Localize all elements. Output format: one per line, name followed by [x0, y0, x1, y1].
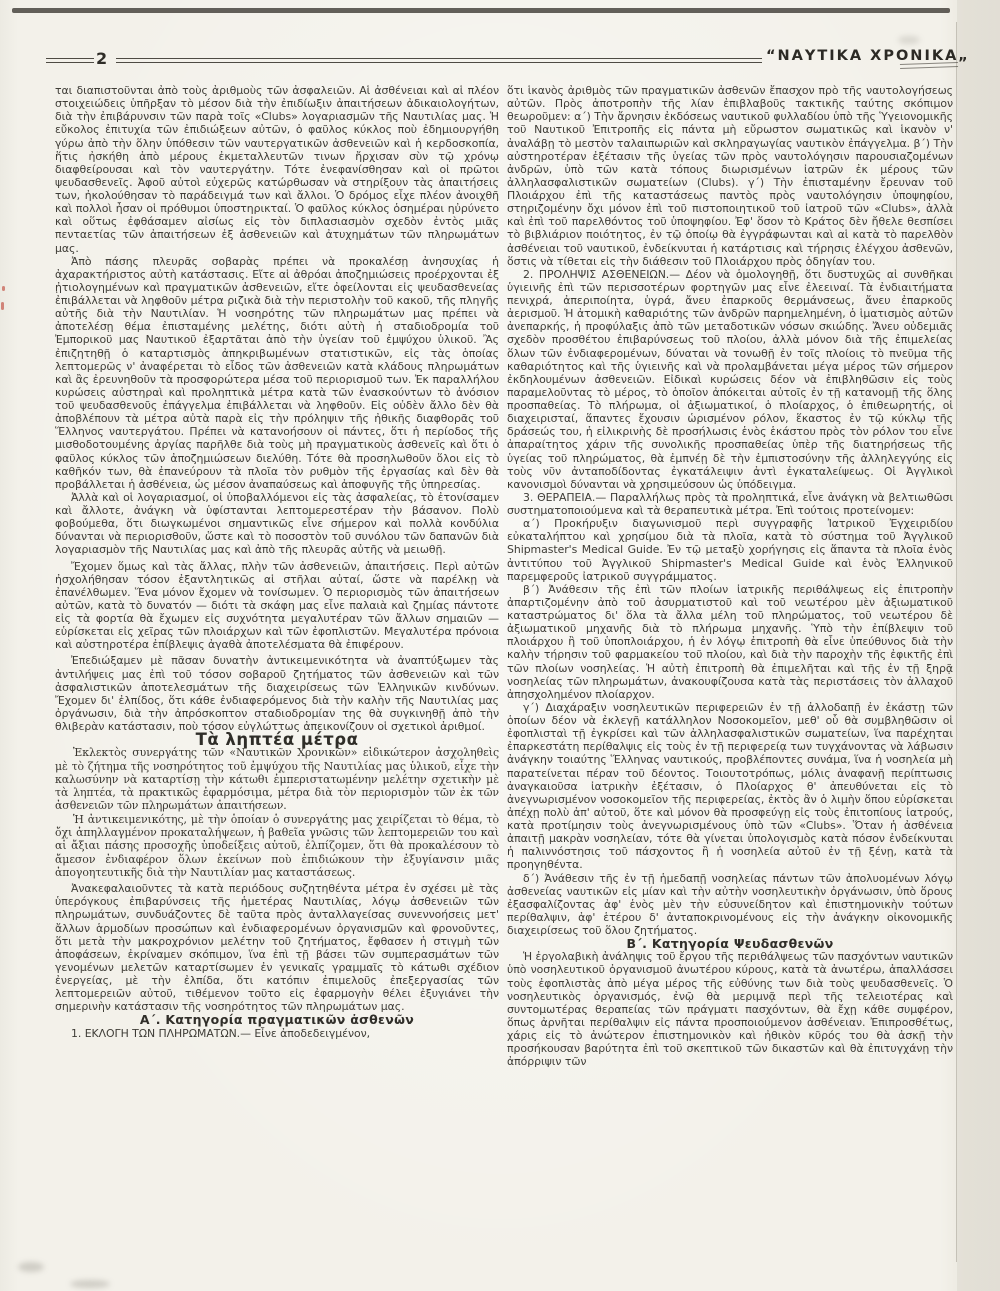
category-heading: Α΄. Κατηγορία πραγματικῶν ἀσθενῶν — [55, 1013, 499, 1026]
scan-speck — [1, 302, 4, 310]
paragraph: Ἀλλὰ καὶ οἱ λογαριασμοί, οἱ ὑποβαλλόμενο… — [55, 491, 499, 557]
section-heading: Τὰ ληπτέα μέτρα — [55, 733, 499, 746]
paragraph: 2. ΠΡΟΛΗΨΙΣ ΑΣΘΕΝΕΙΩΝ.— Δέον νὰ ὁμολογηθ… — [507, 268, 953, 491]
paragraph: Ἀπὸ πάσης πλευρᾶς σοβαρὰς πρέπει νὰ προκ… — [55, 255, 499, 491]
paragraph: γ΄) Διαχάραξιν νοσηλευτικῶν περιφερειῶν … — [507, 701, 953, 872]
header-rule-middle — [116, 58, 762, 63]
masthead-title: “ΝΑΥΤΙΚΑ ΧΡΟΝΙΚΑ„ — [766, 48, 970, 64]
paragraph: 3. ΘΕΡΑΠΕΙΑ.— Παραλλήλως πρὸς τὰ προληπτ… — [507, 491, 953, 517]
paragraph: δ΄) Ἀνάθεσιν τῆς ἐν τῇ ἡμεδαπῇ νοσηλείας… — [507, 872, 953, 938]
newspaper-page: 2 “ΝΑΥΤΙΚΑ ΧΡΟΝΙΚΑ„ ται διαπιστοῦνται ἀπ… — [0, 0, 1000, 1291]
page-header: 2 “ΝΑΥΤΙΚΑ ΧΡΟΝΙΚΑ„ — [0, 0, 1000, 80]
editorial-note-paragraph: Ἡ ἀντικειμενικότης, μὲ τὴν ὁποίαν ὁ συνε… — [55, 813, 499, 879]
paragraph: Ἡ ἐργολαβικὴ ἀνάληψις τοῦ ἔργου τῆς περι… — [507, 950, 953, 1068]
scan-speck — [2, 286, 5, 291]
left-column: ται διαπιστοῦνται ἀπὸ τοὺς ἀριθμοὺς τῶν … — [55, 84, 499, 1040]
paragraph: α΄) Προκήρυξιν διαγωνισμοῦ περὶ συγγραφῆ… — [507, 517, 953, 583]
paragraph: Ἐπεδιώξαμεν μὲ πᾶσαν δυνατὴν ἀντικειμενι… — [55, 654, 499, 733]
scan-smudge — [70, 1280, 110, 1288]
page-number: 2 — [96, 49, 107, 68]
editorial-note-paragraph: Ἐκλεκτὸς συνεργάτης τῶν «Ναυτικῶν Χρονικ… — [55, 746, 499, 812]
paragraph: β΄) Ἀνάθεσιν τῆς ἐπὶ τῶν πλοίων ἰατρικῆς… — [507, 583, 953, 701]
paragraph: ται διαπιστοῦνται ἀπὸ τοὺς ἀριθμοὺς τῶν … — [55, 84, 499, 255]
paragraph: ὅτι ἱκανὸς ἀριθμὸς τῶν πραγματικῶν ἀσθεν… — [507, 84, 953, 268]
category-heading: Β΄. Κατηγορία Ψευδασθενῶν — [507, 937, 953, 950]
scan-right-margin-shade — [957, 0, 1000, 1291]
header-rule-left — [46, 58, 94, 63]
paragraph: Ἀνακεφαλαιοῦντες τὰ κατὰ περιόδους συζητ… — [55, 882, 499, 1013]
paragraph: 1. ΕΚΛΟΓΗ ΤΩΝ ΠΛΗΡΩΜΑΤΩΝ.— Εἶνε ἀποδεδει… — [55, 1027, 499, 1040]
right-column: ὅτι ἱκανὸς ἀριθμὸς τῶν πραγματικῶν ἀσθεν… — [507, 84, 953, 1068]
header-rule-right — [900, 62, 958, 69]
paragraph: Ἔχομεν ὅμως καὶ τὰς ἄλλας, πλὴν τῶν ἀσθε… — [55, 560, 499, 652]
scanned-newspaper-page: { "page": { "number": "2", "masthead_tit… — [0, 0, 1000, 1291]
scan-smudge — [18, 1262, 44, 1272]
